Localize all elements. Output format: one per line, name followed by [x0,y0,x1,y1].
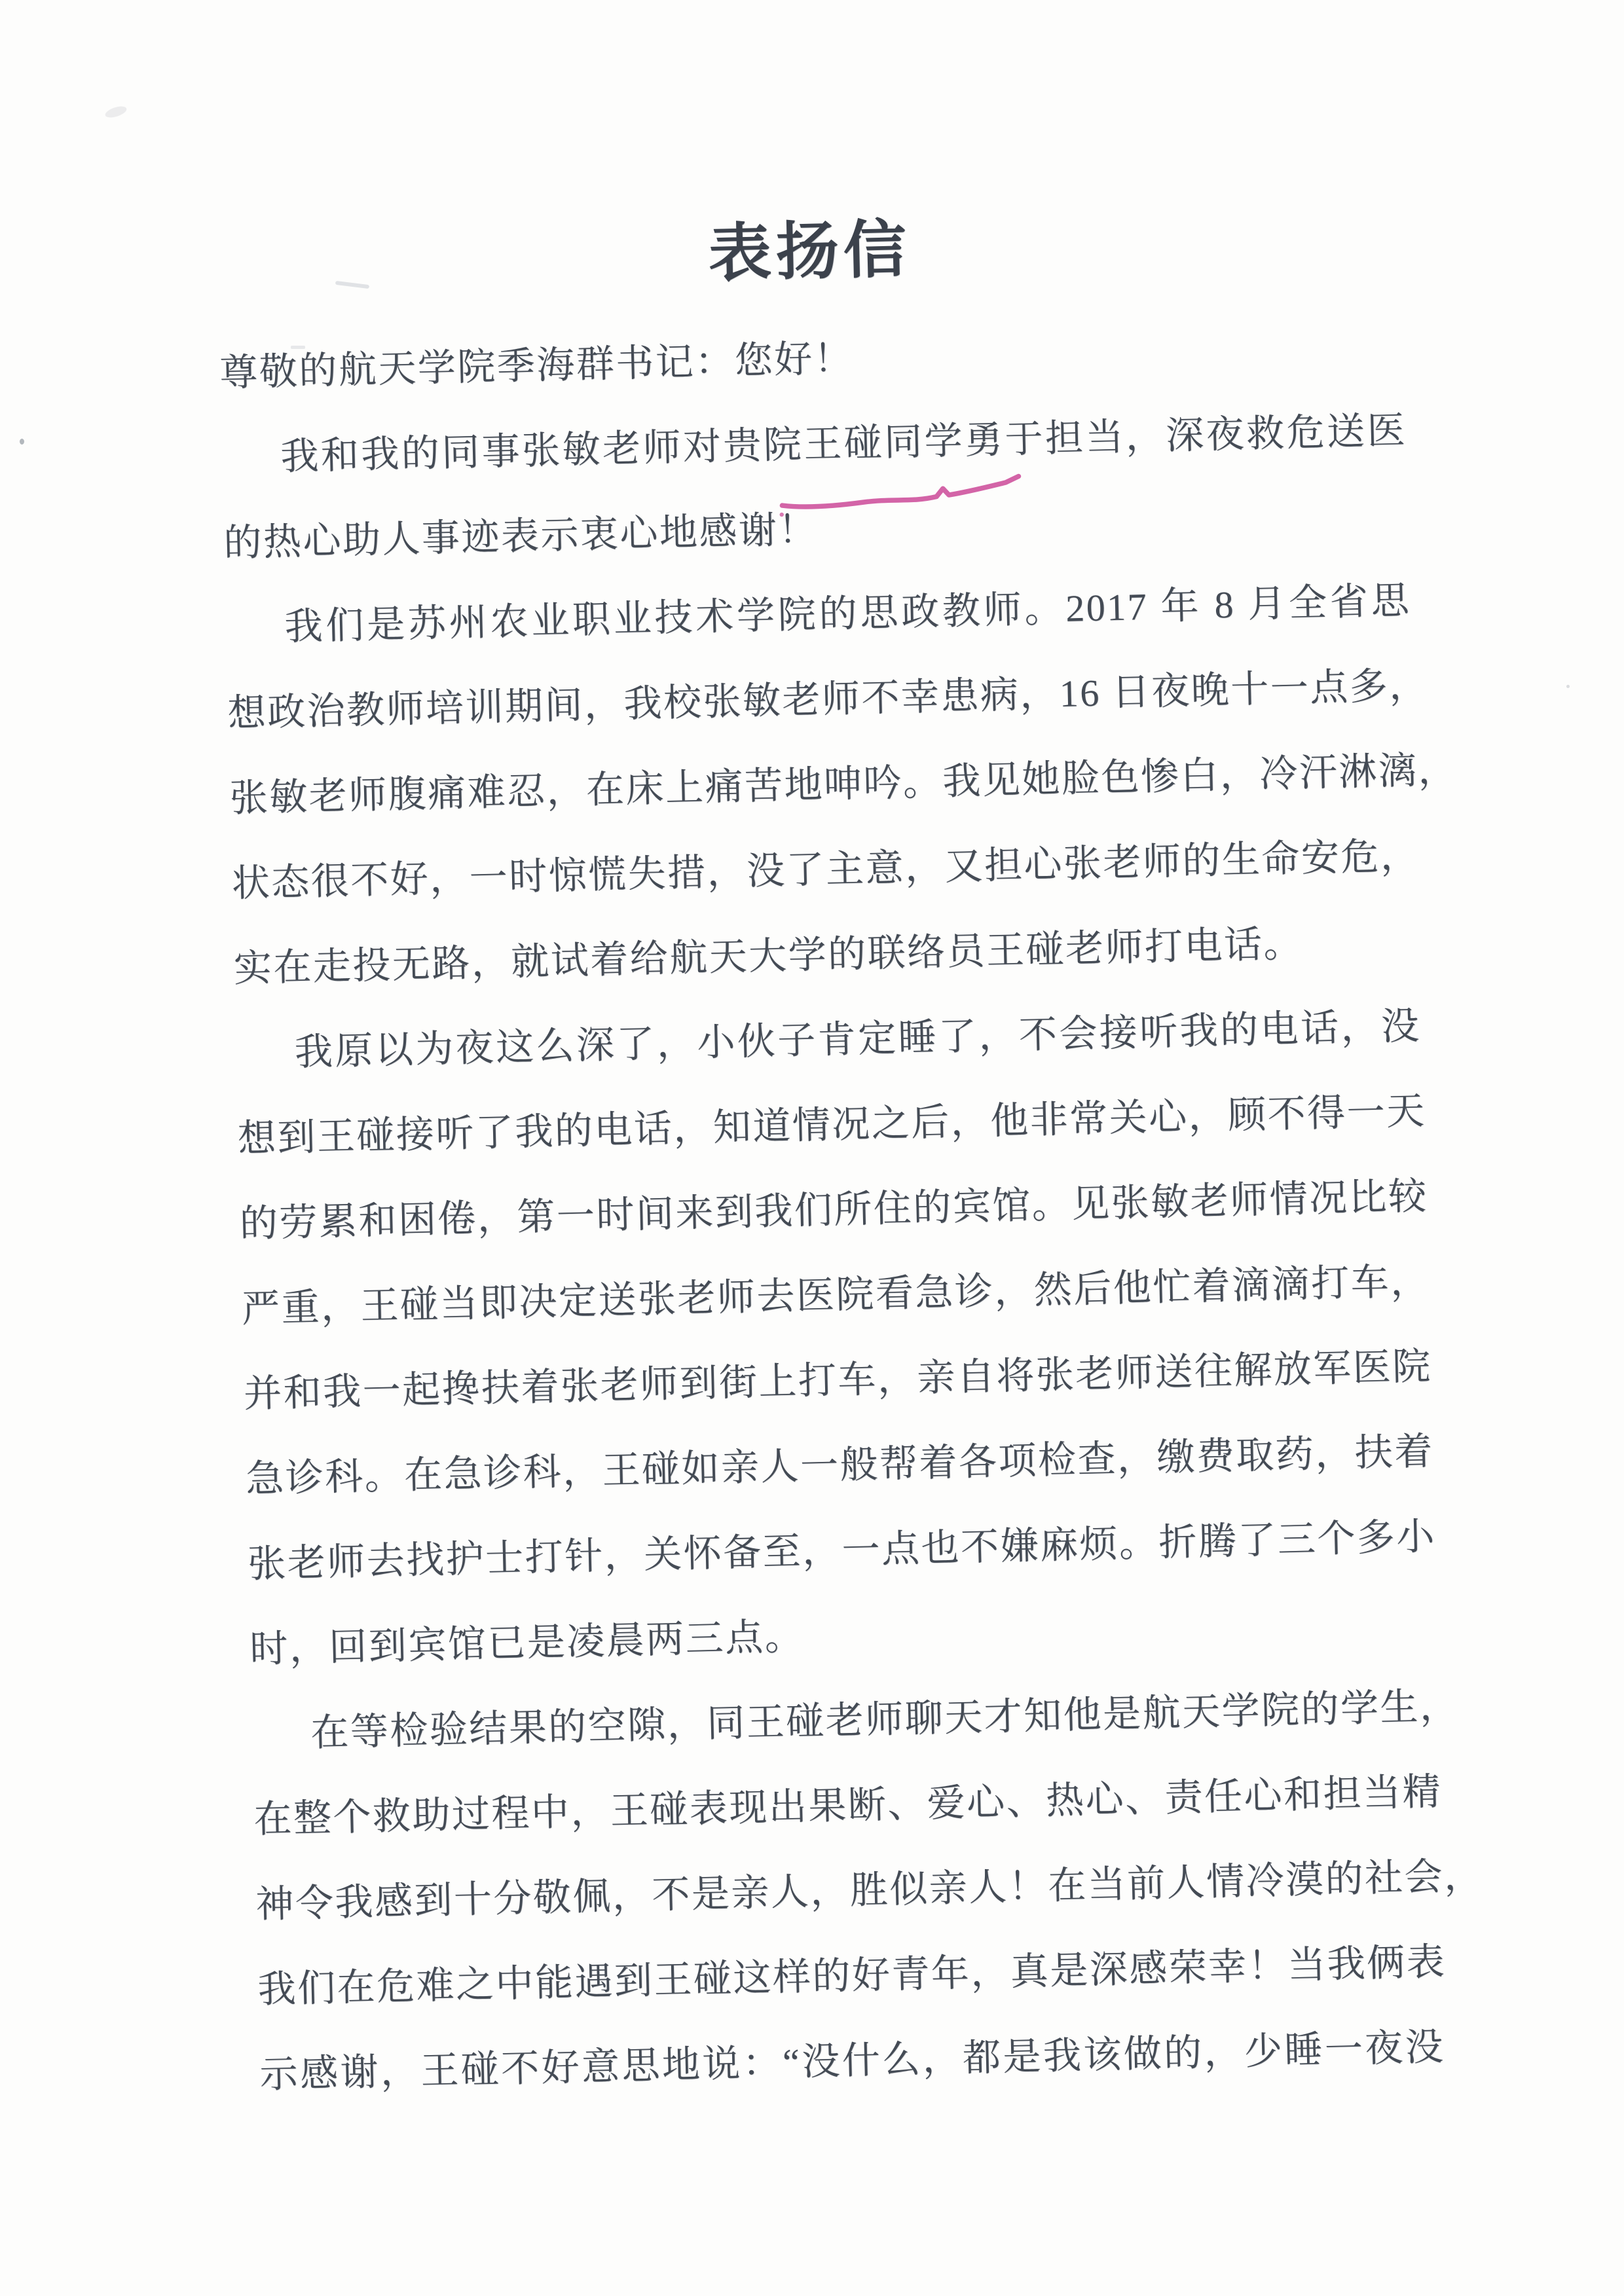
scan-artifact-dot [20,439,24,445]
scan-artifact-dot [1566,685,1570,688]
letter-content: 表扬信 尊敬的航天学院季海群书记：您好！ 我和我的同事张敏老师对贵院王碰同学勇于… [216,202,1447,2160]
scanned-letter-page: 表扬信 尊敬的航天学院季海群书记：您好！ 我和我的同事张敏老师对贵院王碰同学勇于… [0,0,1624,2296]
letter-title: 表扬信 [216,202,1403,303]
letter-body: 尊敬的航天学院季海群书记：您好！ 我和我的同事张敏老师对贵院王碰同学勇于担当，深… [219,303,1446,2118]
scan-artifact-smudge [104,104,128,120]
